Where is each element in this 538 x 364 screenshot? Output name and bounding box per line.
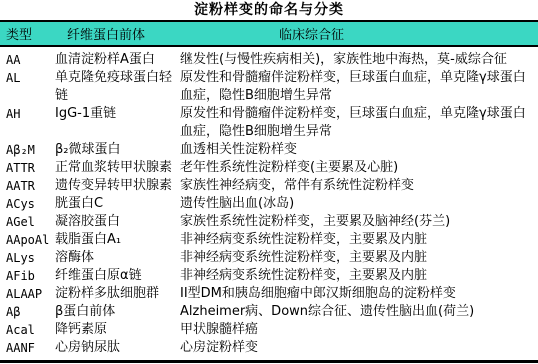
table-row: ALAAP淀粉样多肽细胞群II型DM和胰岛细胞瘤中郎汉斯细胞岛的淀粉样变 [0, 285, 538, 303]
text-line: β蛋白前体 [55, 303, 180, 321]
cell-precursor: 纤维蛋白原α链 [55, 267, 180, 285]
cell-precursor: 载脂蛋白A₁ [55, 231, 180, 249]
text-line: AA [6, 51, 55, 69]
text-line: ALys [6, 249, 55, 267]
cell-precursor: 降钙素原 [55, 321, 180, 339]
header-cell-syndrome: 临床综合征 [180, 24, 538, 43]
text-line: 原发性和骨髓瘤伴淀粉样变，巨球蛋白血症，单克隆γ球蛋白 [180, 105, 538, 123]
cell-precursor: 单克隆免疫球蛋白轻链 [55, 69, 180, 105]
text-line: 非神经病变系统性淀粉样变，主要累及内脏 [180, 267, 538, 285]
table-row: AL单克隆免疫球蛋白轻链原发性和骨髓瘤伴淀粉样变，巨球蛋白血症，单克隆γ球蛋白血… [0, 69, 538, 105]
text-line: 正常血浆转甲状腺素 [55, 159, 180, 177]
cell-syndrome: 甲状腺髓样癌 [180, 321, 538, 339]
cell-precursor: β₂微球蛋白 [55, 141, 180, 159]
text-line: 血症，隐性B细胞增生异常 [180, 87, 538, 105]
text-line: AFib [6, 267, 55, 285]
cell-type: Aβ₂M [0, 141, 55, 159]
text-line: Acal [6, 321, 55, 339]
text-line: ALAAP [6, 285, 55, 303]
header-cell-precursor: 纤维蛋白前体 [55, 24, 180, 43]
cell-precursor: IgG-1重链 [55, 105, 180, 123]
text-line: 溶酶体 [55, 249, 180, 267]
text-line: 凝溶胶蛋白 [55, 213, 180, 231]
cell-precursor: 血清淀粉样A蛋白 [55, 51, 180, 69]
text-line: 血症，隐性B细胞增生异常 [180, 123, 538, 141]
cell-type: ALAAP [0, 285, 55, 303]
cell-type: AGel [0, 213, 55, 231]
page-title: 淀粉样变的命名与分类 [0, 0, 538, 20]
cell-syndrome: 家族性系统性淀粉样变，主要累及脑神经(芬兰) [180, 213, 538, 231]
table-header-row: 类型 纤维蛋白前体 临床综合征 [0, 22, 538, 47]
cell-type: AA [0, 51, 55, 69]
cell-type: AApoAl [0, 231, 55, 249]
text-line: 纤维蛋白原α链 [55, 267, 180, 285]
table-row: ACys胱蛋白C遗传性脑出血(冰岛) [0, 195, 538, 213]
cell-type: ACys [0, 195, 55, 213]
text-line: 遗传性脑出血(冰岛) [180, 195, 538, 213]
cell-syndrome: 遗传性脑出血(冰岛) [180, 195, 538, 213]
cell-syndrome: 老年性系统性淀粉样变(主要累及心脏) [180, 159, 538, 177]
text-line: AApoAl [6, 231, 55, 249]
table-row: ATTR正常血浆转甲状腺素老年性系统性淀粉样变(主要累及心脏) [0, 159, 538, 177]
text-line: AL [6, 69, 55, 87]
table-body: AA血清淀粉样A蛋白继发性(与慢性疾病相关)，家族性地中海热，莫-威综合征AL单… [0, 47, 538, 360]
text-line: AANF [6, 339, 55, 357]
text-line: 胱蛋白C [55, 195, 180, 213]
cell-precursor: 心房钠尿肽 [55, 339, 180, 357]
text-line: 家族性系统性淀粉样变，主要累及脑神经(芬兰) [180, 213, 538, 231]
text-line: 继发性(与慢性疾病相关)，家族性地中海热，莫-威综合征 [180, 51, 538, 69]
cell-precursor: 淀粉样多肽细胞群 [55, 285, 180, 303]
text-line: 血清淀粉样A蛋白 [55, 51, 180, 69]
text-line: AGel [6, 213, 55, 231]
text-line: Aβ [6, 303, 55, 321]
cell-syndrome: 继发性(与慢性疾病相关)，家族性地中海热，莫-威综合征 [180, 51, 538, 69]
cell-syndrome: 原发性和骨髓瘤伴淀粉样变，巨球蛋白血症，单克隆γ球蛋白血症，隐性B细胞增生异常 [180, 69, 538, 105]
text-line: 遗传变异转甲状腺素 [55, 177, 180, 195]
table-row: AATR遗传变异转甲状腺素家族性神经病变，常伴有系统性淀粉样变 [0, 177, 538, 195]
text-line: Aβ₂M [6, 141, 55, 159]
cell-syndrome: Alzheimer病、Down综合征、遗传性脑出血(荷兰) [180, 303, 538, 321]
header-cell-type: 类型 [0, 24, 55, 43]
text-line: ACys [6, 195, 55, 213]
text-line: 甲状腺髓样癌 [180, 321, 538, 339]
text-line: β₂微球蛋白 [55, 141, 180, 159]
table-row: AHIgG-1重链原发性和骨髓瘤伴淀粉样变，巨球蛋白血症，单克隆γ球蛋白血症，隐… [0, 105, 538, 141]
text-line: 非神经病变系统性淀粉样变，主要累及内脏 [180, 249, 538, 267]
text-line: AATR [6, 177, 55, 195]
text-line: AH [6, 105, 55, 123]
cell-precursor: β蛋白前体 [55, 303, 180, 321]
amyloid-classification-table: 类型 纤维蛋白前体 临床综合征 AA血清淀粉样A蛋白继发性(与慢性疾病相关)，家… [0, 20, 538, 363]
table-row: AGel凝溶胶蛋白家族性系统性淀粉样变，主要累及脑神经(芬兰) [0, 213, 538, 231]
document-page: 淀粉样变的命名与分类 类型 纤维蛋白前体 临床综合征 AA血清淀粉样A蛋白继发性… [0, 0, 538, 364]
cell-syndrome: 原发性和骨髓瘤伴淀粉样变，巨球蛋白血症，单克隆γ球蛋白血症，隐性B细胞增生异常 [180, 105, 538, 141]
cell-type: AANF [0, 339, 55, 357]
cell-precursor: 正常血浆转甲状腺素 [55, 159, 180, 177]
text-line: 载脂蛋白A₁ [55, 231, 180, 249]
cell-type: AATR [0, 177, 55, 195]
text-line: 心房淀粉样变 [180, 339, 538, 357]
cell-type: AL [0, 69, 55, 87]
cell-precursor: 凝溶胶蛋白 [55, 213, 180, 231]
cell-syndrome: 非神经病变系统性淀粉样变，主要累及内脏 [180, 249, 538, 267]
table-row: ALys溶酶体非神经病变系统性淀粉样变，主要累及内脏 [0, 249, 538, 267]
cell-syndrome: 非神经病变系统性淀粉样变，主要累及内脏 [180, 231, 538, 249]
table-row: AA血清淀粉样A蛋白继发性(与慢性疾病相关)，家族性地中海热，莫-威综合征 [0, 51, 538, 69]
text-line: 家族性神经病变，常伴有系统性淀粉样变 [180, 177, 538, 195]
text-line: ATTR [6, 159, 55, 177]
cell-precursor: 遗传变异转甲状腺素 [55, 177, 180, 195]
text-line: II型DM和胰岛细胞瘤中郎汉斯细胞岛的淀粉样变 [180, 285, 538, 303]
cell-type: ATTR [0, 159, 55, 177]
text-line: 非神经病变系统性淀粉样变，主要累及内脏 [180, 231, 538, 249]
cell-syndrome: 心房淀粉样变 [180, 339, 538, 357]
table-row: Aβ₂Mβ₂微球蛋白血透相关性淀粉样变 [0, 141, 538, 159]
cell-type: AH [0, 105, 55, 123]
text-line: Alzheimer病、Down综合征、遗传性脑出血(荷兰) [180, 303, 538, 321]
table-row: AANF心房钠尿肽心房淀粉样变 [0, 339, 538, 357]
cell-syndrome: 血透相关性淀粉样变 [180, 141, 538, 159]
cell-type: Acal [0, 321, 55, 339]
text-line: 链 [55, 87, 180, 105]
cell-syndrome: 家族性神经病变，常伴有系统性淀粉样变 [180, 177, 538, 195]
text-line: 老年性系统性淀粉样变(主要累及心脏) [180, 159, 538, 177]
text-line: 单克隆免疫球蛋白轻 [55, 69, 180, 87]
text-line: IgG-1重链 [55, 105, 180, 123]
text-line: 淀粉样多肽细胞群 [55, 285, 180, 303]
table-row: Aββ蛋白前体Alzheimer病、Down综合征、遗传性脑出血(荷兰) [0, 303, 538, 321]
cell-syndrome: II型DM和胰岛细胞瘤中郎汉斯细胞岛的淀粉样变 [180, 285, 538, 303]
text-line: 原发性和骨髓瘤伴淀粉样变，巨球蛋白血症，单克隆γ球蛋白 [180, 69, 538, 87]
text-line: 心房钠尿肽 [55, 339, 180, 357]
cell-type: AFib [0, 267, 55, 285]
cell-type: ALys [0, 249, 55, 267]
cell-precursor: 胱蛋白C [55, 195, 180, 213]
text-line: 血透相关性淀粉样变 [180, 141, 538, 159]
table-row: AFib纤维蛋白原α链非神经病变系统性淀粉样变，主要累及内脏 [0, 267, 538, 285]
cell-syndrome: 非神经病变系统性淀粉样变，主要累及内脏 [180, 267, 538, 285]
table-row: Acal降钙素原甲状腺髓样癌 [0, 321, 538, 339]
cell-type: Aβ [0, 303, 55, 321]
table-row: AApoAl载脂蛋白A₁非神经病变系统性淀粉样变，主要累及内脏 [0, 231, 538, 249]
cell-precursor: 溶酶体 [55, 249, 180, 267]
text-line: 降钙素原 [55, 321, 180, 339]
